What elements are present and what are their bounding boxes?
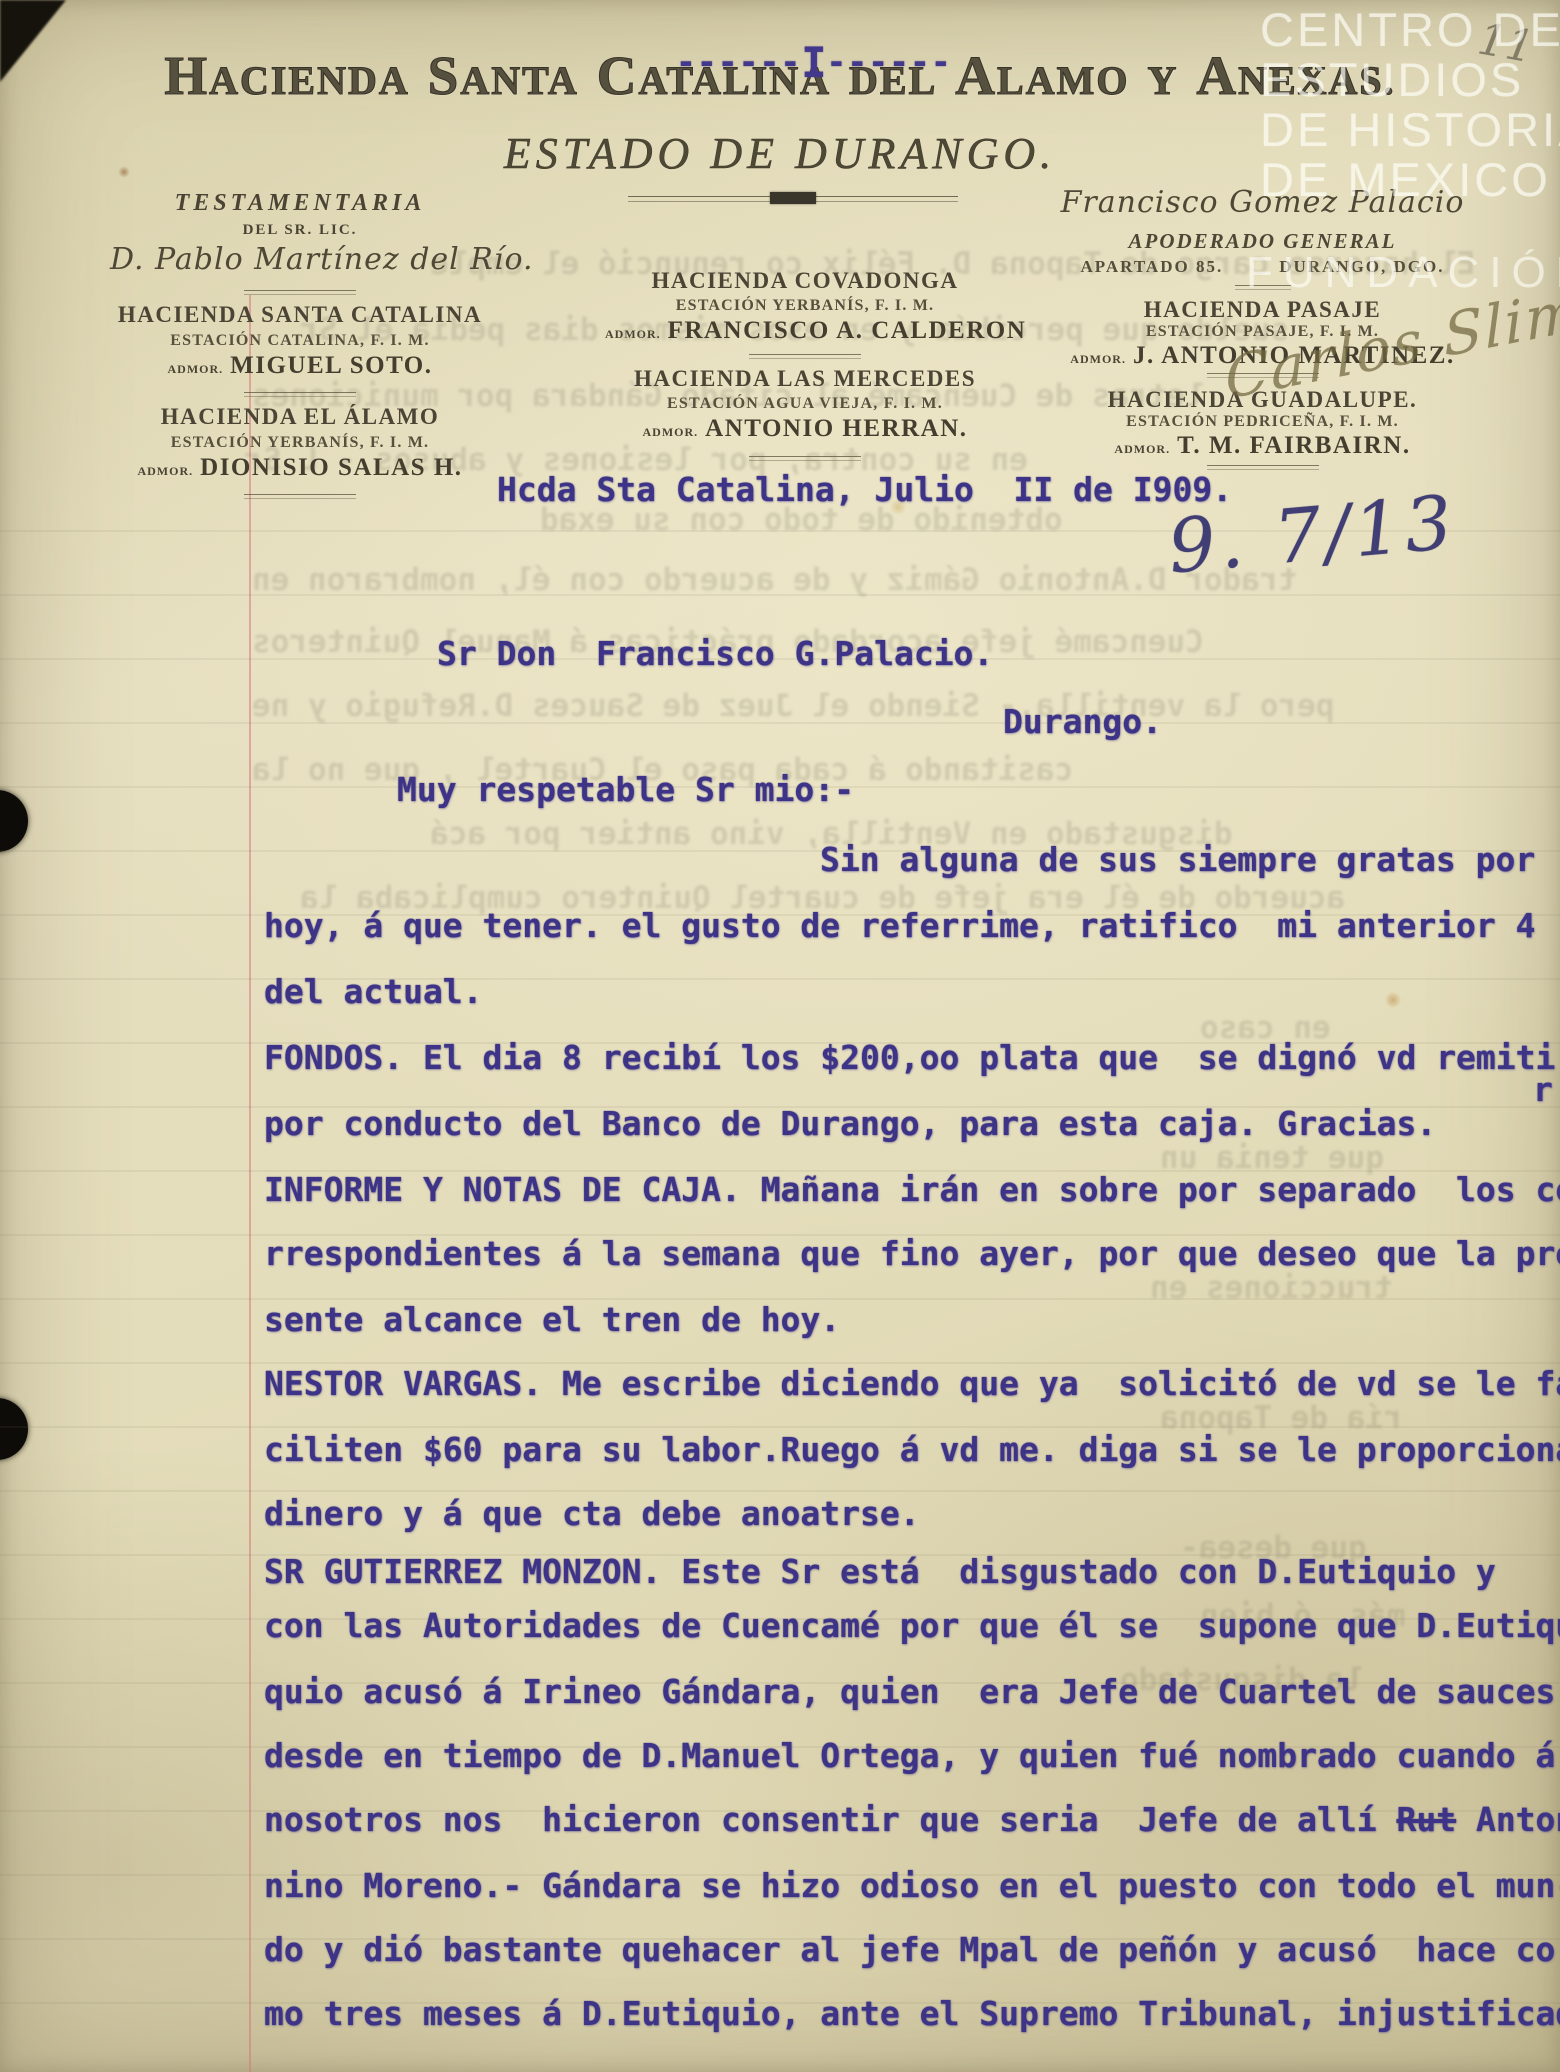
bleedthrough-fragment: pero la ventilla.- Siendo el Juez de Sau…	[252, 688, 1335, 724]
paper-stain	[1384, 992, 1402, 1008]
hacienda-name: HACIENDA SANTA CATALINA	[110, 302, 490, 328]
admor-line: ADMOR.DIONISIO SALAS H.	[110, 454, 490, 482]
typed-line: nino Moreno.- Gándara se hizo odioso en …	[264, 1866, 1560, 1905]
typed-line: rrespondientes á la semana que fino ayer…	[264, 1234, 1560, 1273]
admor-label: ADMOR.	[605, 327, 661, 341]
estacion-line: ESTACIÓN YERBANÍS, F. I. M.	[605, 297, 1005, 315]
divider	[244, 392, 356, 397]
bleedthrough-fragment: trador D.Antonio Gámiz y de acuerdo con …	[252, 562, 1297, 598]
divider	[244, 290, 356, 295]
divider-ornament	[770, 192, 816, 204]
letterhead-left-column: TESTAMENTARIA DEL SR. LIC. D. Pablo Mart…	[110, 190, 490, 510]
title-word: ALAMO	[955, 81, 1129, 98]
typed-line: do y dió bastante quehacer al jefe Mpal …	[264, 1930, 1555, 1969]
estacion-line: ESTACIÓN CATALINA, F. I. M.	[110, 332, 490, 350]
typed-line: con las Autoridades de Cuencamé por que …	[264, 1606, 1560, 1645]
divider	[749, 456, 861, 461]
divider	[749, 354, 861, 359]
typed-line: dinero y á que cta debe anoatrse.	[264, 1494, 920, 1533]
admor-label: ADMOR.	[137, 464, 193, 478]
admor-label: ADMOR.	[168, 362, 224, 376]
typed-line: FONDOS. El dia 8 recibí los $200,oo plat…	[264, 1038, 1555, 1077]
typed-line: SR GUTIERREZ MONZON. Este Sr está disgus…	[264, 1552, 1496, 1591]
testamentaria-label: TESTAMENTARIA	[110, 190, 490, 217]
apartado-number: APARTADO 85.	[1080, 257, 1223, 277]
admor-name: FRANCISCO A. CALDERON	[668, 317, 1027, 344]
typed-line: ciliten $60 para su labor.Ruego á vd me.…	[264, 1430, 1560, 1469]
typed-line: Hcda Sta Catalina, Julio II de I909.	[497, 470, 1232, 509]
admor-line: ADMOR.T. M. FAIRBAIRN.	[1055, 432, 1470, 460]
admor-name: T. M. FAIRBAIRN.	[1177, 432, 1411, 459]
typed-line: Durango.	[1003, 702, 1162, 741]
typed-line: del actual.	[264, 972, 483, 1011]
typed-dashes: ------	[676, 42, 801, 81]
admor-line: ADMOR.MIGUEL SOTO.	[110, 352, 490, 380]
typed-line: mo tres meses á D.Eutiquio, ante el Supr…	[264, 1994, 1560, 2033]
letterhead-middle-column: HACIENDA COVADONGA ESTACIÓN YERBANÍS, F.…	[605, 268, 1005, 488]
typed-line: sente alcance el tren de hoy.	[264, 1300, 840, 1339]
typed-line: quio acusó á Irineo Gándara, quien era J…	[264, 1672, 1555, 1711]
typed-line: r	[1533, 1070, 1553, 1109]
divider	[244, 494, 356, 499]
typed-dashes: ------	[827, 42, 952, 81]
typed-line: Muy respetable Sr mio:-	[397, 770, 854, 809]
admor-line: ADMOR.FRANCISCO A. CALDERON	[605, 317, 1005, 345]
estacion-line: ESTACIÓN PEDRICEÑA, F. I. M.	[1055, 413, 1470, 431]
subtitle-divider	[628, 196, 958, 202]
hacienda-name: HACIENDA COVADONGA	[605, 268, 1005, 294]
admor-line: ADMOR.ANTONIO HERRAN.	[605, 415, 1005, 443]
watermark-line: DE MEXICO	[1260, 152, 1551, 207]
typed-line: Sr Don Francisco G.Palacio.	[437, 634, 993, 673]
typed-line: por conducto del Banco de Durango, para …	[264, 1104, 1436, 1143]
testator-name: D. Pablo Martínez del Río.	[110, 242, 490, 277]
struck-text: Rut	[1396, 1800, 1456, 1839]
title-word: HACIENDA	[164, 81, 409, 98]
typed-capital-i: I	[801, 38, 826, 87]
watermark-line: DE HISTORIA	[1260, 102, 1560, 157]
typed-line: nosotros nos hicieron consentir que seri…	[264, 1800, 1560, 1839]
estacion-line: ESTACIÓN YERBANÍS, F. I. M.	[110, 434, 490, 452]
typed-line: NESTOR VARGAS. Me escribe diciendo que y…	[264, 1364, 1560, 1403]
hacienda-name: HACIENDA LAS MERCEDES	[605, 366, 1005, 392]
typed-line: Sin alguna de sus siempre gratas por	[820, 840, 1535, 879]
typed-line: hoy, á que tener. el gusto de referrime,…	[264, 906, 1536, 945]
admor-label: ADMOR.	[642, 425, 698, 439]
admor-name: ANTONIO HERRAN.	[705, 415, 967, 442]
admor-label: ADMOR.	[1070, 352, 1126, 366]
admor-name: DIONISIO SALAS H.	[200, 454, 462, 481]
title-word: Y	[1147, 81, 1178, 98]
del-sr-lic-label: DEL SR. LIC.	[110, 222, 490, 239]
watermark-line: CENTRO DE	[1260, 2, 1560, 57]
admor-label: ADMOR.	[1114, 442, 1170, 456]
bleedthrough-fragment: trucciones en	[1150, 1270, 1393, 1306]
typed-line: desde en tiempo de D.Manuel Ortega, y qu…	[264, 1736, 1555, 1775]
admor-name: MIGUEL SOTO.	[230, 352, 432, 379]
estacion-line: ESTACIÓN AGUA VIEJA, F. I. M.	[605, 395, 1005, 413]
typed-line: INFORME Y NOTAS DE CAJA. Mañana irán en …	[264, 1170, 1560, 1209]
hacienda-name: HACIENDA EL ÁLAMO	[110, 404, 490, 430]
watermark-line: ESTUDIOS	[1260, 52, 1524, 107]
typed-overstrike: ------I------	[676, 38, 952, 87]
document-scan: El hacerse cargo de Tapona D. Félix co r…	[0, 0, 1560, 2072]
title-word: SANTA	[428, 81, 579, 98]
